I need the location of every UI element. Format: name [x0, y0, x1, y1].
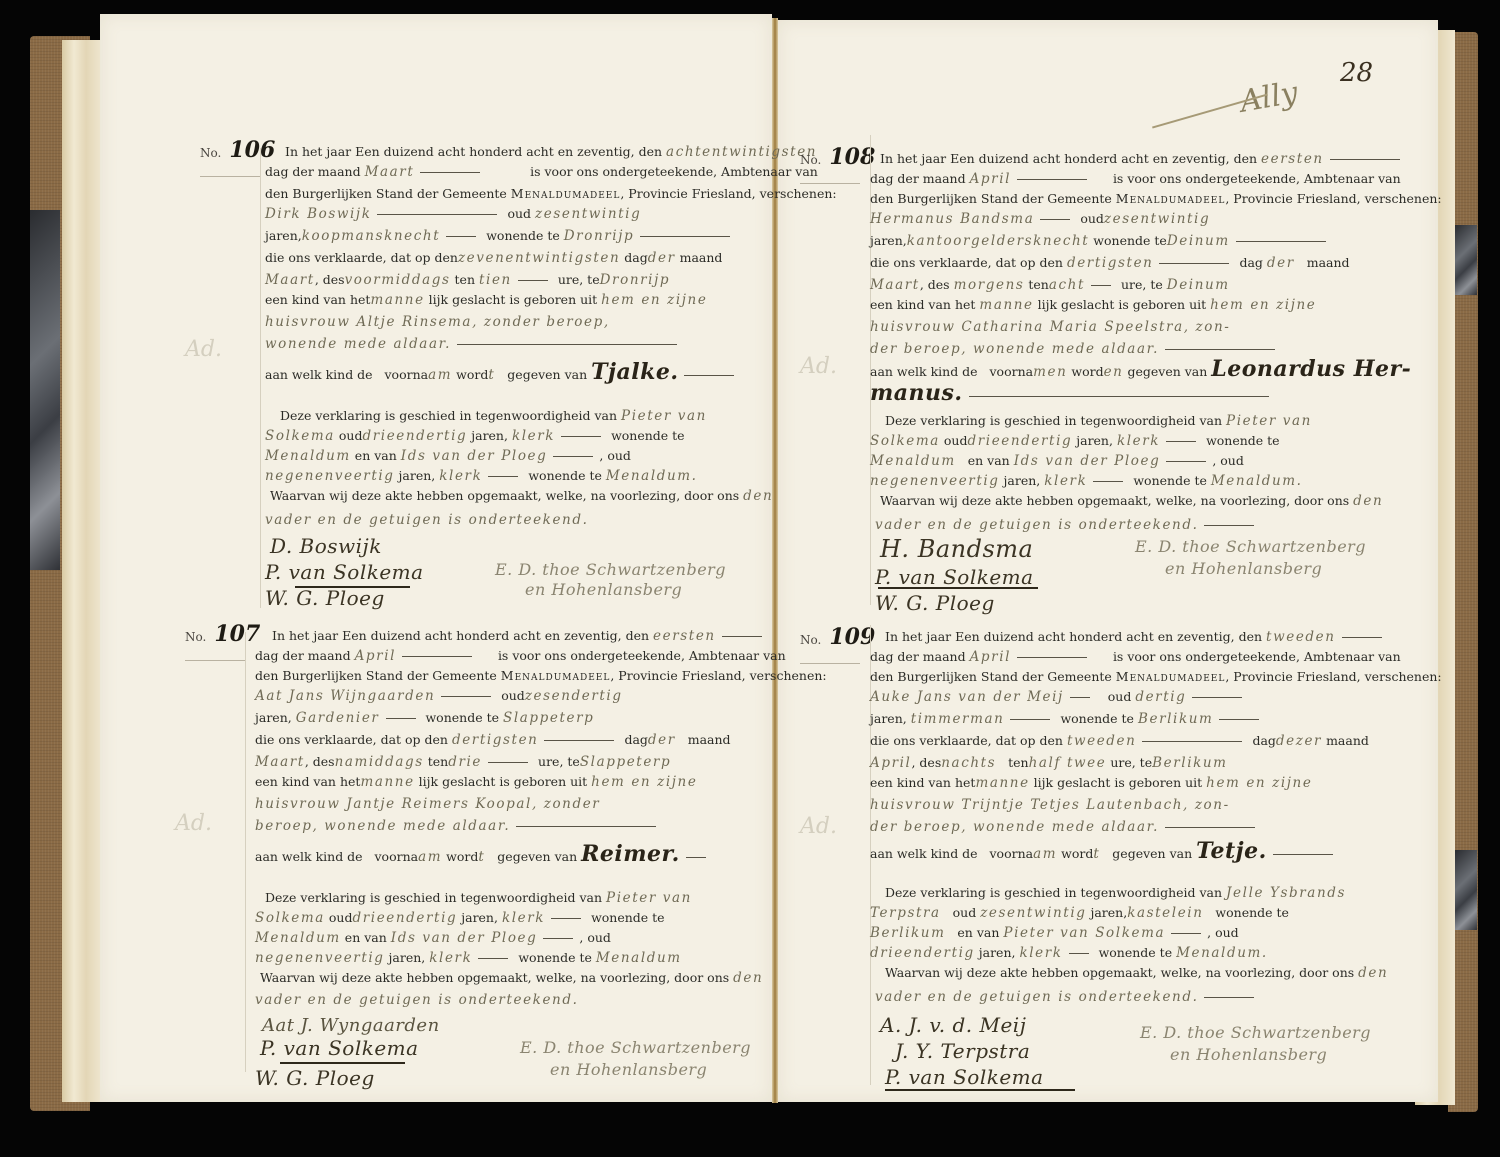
signature-witness-2: W. G. Ploeg — [875, 591, 995, 615]
month-field: Maart — [365, 164, 415, 180]
margin-note: Ad. — [185, 338, 222, 362]
child-name: Tjalke. — [591, 359, 678, 385]
signature-father: Aat J. Wyngaarden — [262, 1014, 440, 1038]
child-name: Leonardus Her- — [1211, 356, 1411, 382]
marbled-corner-left — [30, 210, 60, 570]
signature-official: E. D. thoe Schwartzenberg — [1140, 1021, 1371, 1045]
folio-number: 28 — [1340, 58, 1373, 88]
declarant-field: Dirk Boswijk — [265, 206, 371, 222]
number-rule — [800, 663, 860, 664]
number-rule — [200, 176, 260, 177]
record-108: No.108 Ad. In het jaar Een duizend acht … — [800, 145, 1370, 615]
signature-witness-1: P. van Solkema — [875, 565, 1034, 589]
child-name: Tetje. — [1196, 838, 1267, 864]
day-field: tweeden — [1266, 629, 1336, 645]
day-field: eersten — [653, 628, 716, 644]
signature-witness-2: W. G. Ploeg — [265, 586, 385, 610]
record-109: No.109 Ad. In het jaar Een duizend acht … — [800, 625, 1370, 1095]
signature-official: E. D. thoe Schwartzenberg — [1135, 535, 1366, 559]
month-field: April — [970, 649, 1011, 665]
record-number: No.107 — [185, 622, 260, 649]
margin-note: Ad. — [800, 815, 837, 839]
signature-father: H. Bandsma — [880, 537, 1033, 561]
number-rule — [800, 183, 860, 184]
page-edges-left — [62, 40, 102, 1102]
signature-witness-2: W. G. Ploeg — [255, 1066, 375, 1090]
signature-official: E. D. thoe Schwartzenberg — [520, 1036, 751, 1060]
record-107: No.107 Ad. In het jaar Een duizend acht … — [180, 622, 770, 1082]
signature-father: A. J. v. d. Meij — [880, 1013, 1026, 1037]
declarant-field: Hermanus Bandsma — [870, 211, 1034, 227]
record-number: No.108 — [800, 145, 875, 172]
declarant-field: Auke Jans van der Meij — [870, 689, 1064, 705]
signature-witness-1: J. Y. Terpstra — [895, 1039, 1030, 1063]
signature-witness-2: P. van Solkema — [885, 1065, 1044, 1089]
day-field: eersten — [1261, 151, 1324, 167]
signature-father: D. Boswijk — [270, 534, 382, 558]
day-field: achtentwintigsten — [666, 144, 817, 160]
record-number: No.109 — [800, 625, 875, 652]
number-rule — [185, 660, 245, 661]
marbled-corner-right-bottom — [1455, 850, 1477, 930]
declarant-field: Aat Jans Wijngaarden — [255, 688, 435, 704]
month-field: April — [355, 648, 396, 664]
record-number: No.106 — [200, 138, 275, 165]
margin-note: Ad. — [175, 812, 212, 836]
child-name: Reimer. — [581, 841, 680, 867]
signature-witness-1: P. van Solkema — [260, 1036, 419, 1060]
signature-witness-1: P. van Solkema — [265, 560, 424, 584]
record-106: No.106 Ad. In het jaar Een duizend acht … — [195, 138, 775, 608]
marbled-corner-right-top — [1455, 225, 1477, 295]
margin-note: Ad. — [800, 355, 837, 379]
month-field: April — [970, 171, 1011, 187]
